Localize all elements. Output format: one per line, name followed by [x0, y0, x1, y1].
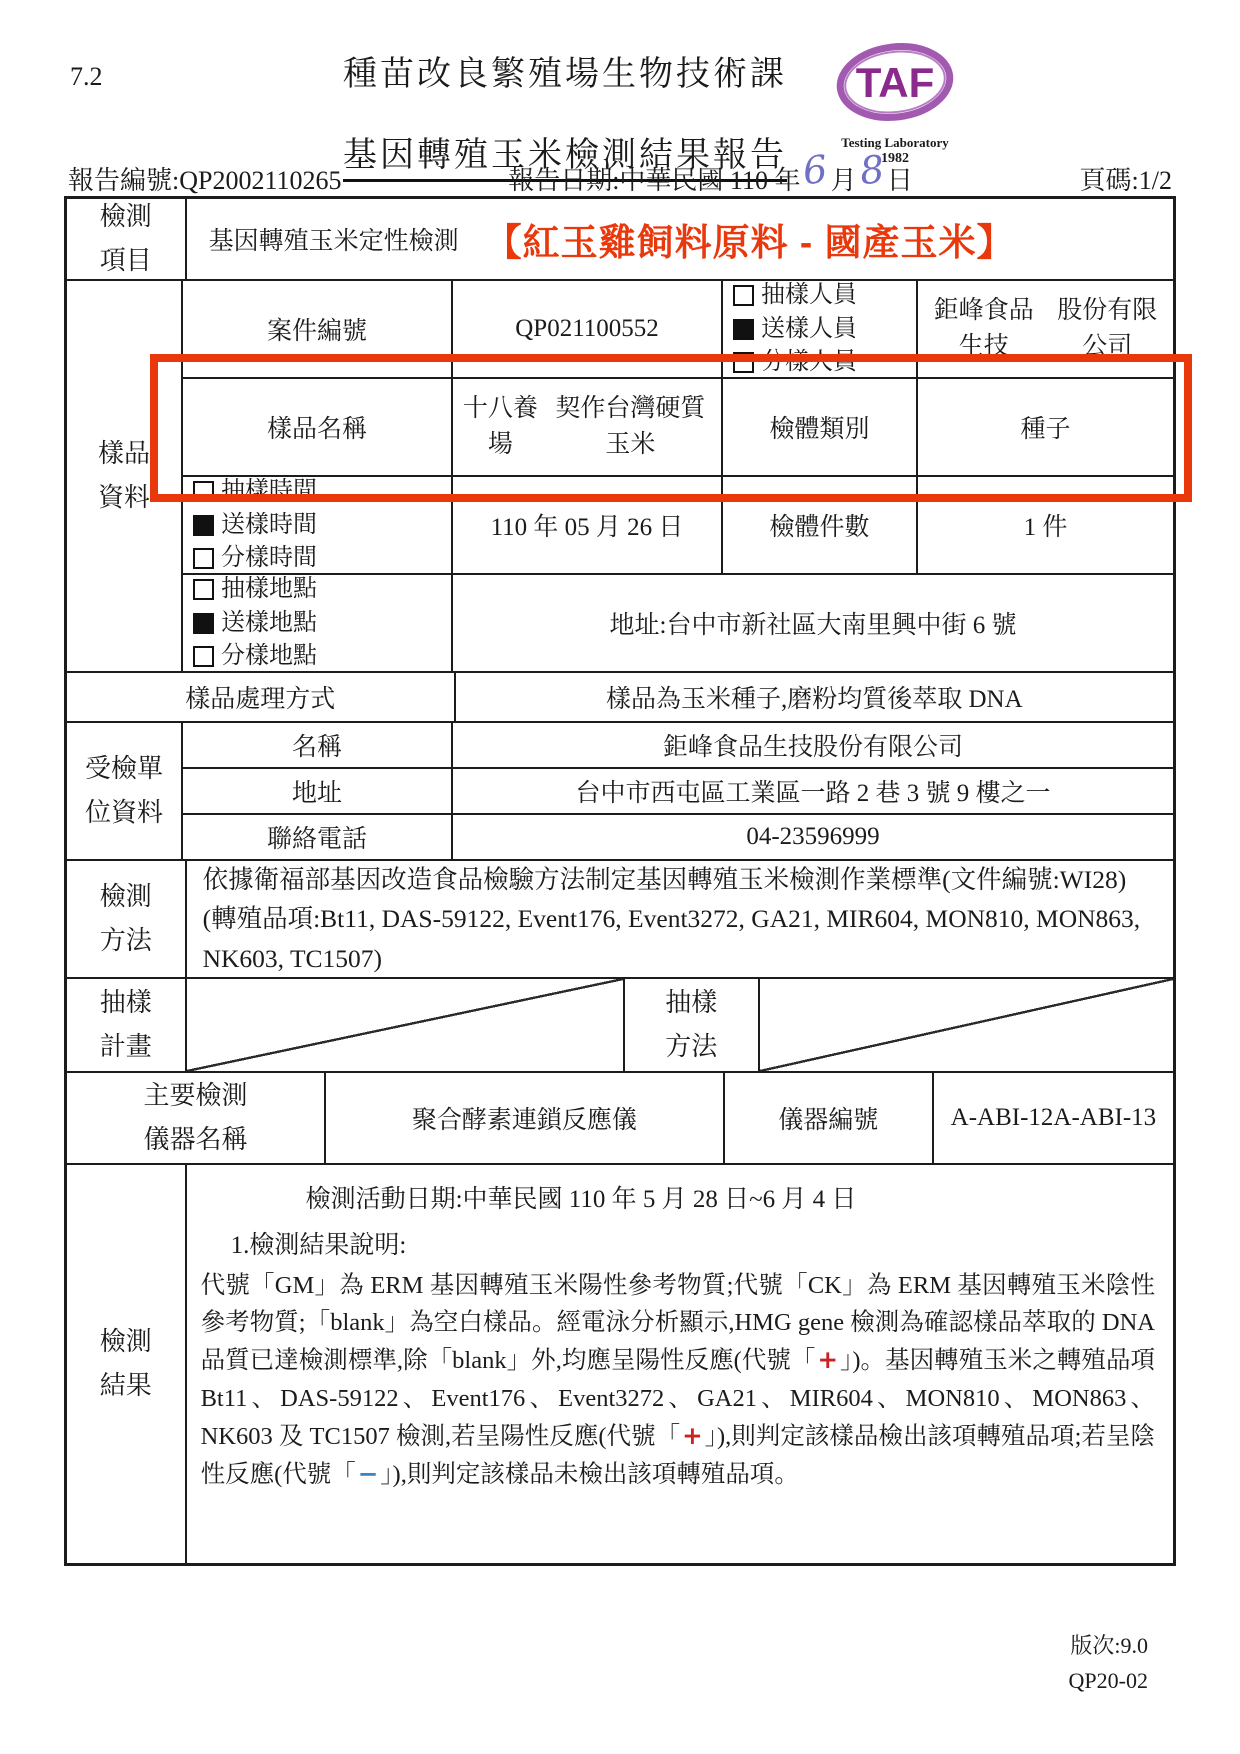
result-item-heading: 1.檢測結果說明:	[231, 1225, 407, 1261]
instrument-label: 主要檢測 儀器名稱	[67, 1073, 326, 1163]
table-row-sample-location: 抽樣地點 送樣地點 分樣地點 地址:台中市新社區大南里興中街 6 號	[183, 575, 1173, 671]
table-row-client-address: 地址 台中市西屯區工業區一路 2 巷 3 號 9 樓之一	[183, 769, 1173, 815]
table-row-sampling: 抽樣 計畫 抽樣 方法	[67, 979, 1173, 1073]
sampling-plan-label: 抽樣 計畫	[67, 979, 187, 1071]
handwritten-month-digit: 6	[804, 169, 828, 172]
positive-symbol: +	[815, 1345, 840, 1374]
result-label: 檢測 結果	[67, 1165, 187, 1563]
report-table: 檢測 項目 基因轉殖玉米定性檢測 【紅玉雞飼料原料 - 國產玉米】 樣品 資料 …	[64, 196, 1176, 1566]
table-row-case-no: 案件編號 QP021100552 抽樣人員 送樣人員	[183, 281, 1173, 379]
checkbox-checked-icon	[193, 613, 214, 634]
specimen-type-label: 檢體類別	[723, 379, 918, 475]
company-line1: 鉅峰食品生技	[922, 293, 1046, 366]
report-number: 報告編號:QP2002110265	[68, 160, 342, 197]
checkbox-option: 分樣時間	[193, 545, 317, 571]
sampling-method-empty-cell	[760, 979, 1173, 1071]
client-address-value: 台中市西屯區工業區一路 2 巷 3 號 9 樓之一	[453, 769, 1173, 813]
taf-subtitle: Testing Laboratory	[830, 135, 960, 151]
checkbox-option: 送樣地點	[193, 610, 317, 636]
sample-name-line1: 十八養場	[457, 391, 544, 464]
instrument-no-2: A-ABI-13	[1053, 1100, 1156, 1136]
footer-doc-code: QP20-02	[1069, 1663, 1148, 1698]
checkbox-option: 送樣人員	[733, 316, 857, 342]
page-footer: 版次:9.0 QP20-02	[1069, 1628, 1148, 1698]
sample-time-value: 110 年 05 月 26 日	[453, 477, 723, 573]
table-row-client-name: 名稱 鉅峰食品生技股份有限公司	[183, 723, 1173, 769]
month-char: 月	[831, 166, 857, 195]
checkbox-label: 送樣人員	[761, 316, 857, 342]
checkbox-icon	[193, 481, 214, 502]
test-item-value: 基因轉殖玉米定性檢測	[209, 221, 459, 257]
report-date-prefix: 報告日期:中華民國 110 年	[508, 166, 800, 195]
negative-symbol: −	[356, 1459, 381, 1488]
table-row-processing: 樣品處理方式 樣品為玉米種子,磨粉均質後萃取 DNA	[67, 673, 1173, 723]
checkbox-label: 抽樣地點	[221, 576, 317, 602]
checkbox-label: 送樣時間	[221, 512, 317, 538]
table-row-result: 檢測 結果 檢測活動日期:中華民國 110 年 5 月 28 日~6 月 4 日…	[67, 1165, 1173, 1563]
checkbox-option: 送樣時間	[193, 512, 317, 538]
footer-version: 版次:9.0	[1069, 1628, 1148, 1663]
personnel-checkbox-group: 抽樣人員 送樣人員 分樣人員	[723, 281, 918, 377]
checkbox-icon	[193, 646, 214, 667]
result-paragraph: 代號「GM」為 ERM 基因轉殖玉米陽性參考物質;代號「CK」為 ERM 基因轉…	[201, 1267, 1155, 1493]
result-seg4: 」),則判定該樣品未檢出該項轉殖品項。	[380, 1461, 799, 1488]
corner-number: 7.2	[70, 62, 103, 92]
checkbox-checked-icon	[193, 515, 214, 536]
checkbox-option: 抽樣地點	[193, 576, 317, 602]
table-row-instrument: 主要檢測 儀器名稱 聚合酵素連鎖反應儀 儀器編號 A-ABI-12A-ABI-1…	[67, 1073, 1173, 1165]
org-title: 種苗改良繁殖場生物技術課	[340, 46, 790, 95]
table-row-sample-name: 樣品名稱 十八養場契作台灣硬質玉米 檢體類別 種子	[183, 379, 1173, 477]
location-checkbox-group: 抽樣地點 送樣地點 分樣地點	[183, 575, 453, 671]
positive-symbol: +	[680, 1421, 705, 1450]
checkbox-option: 分樣人員	[733, 349, 857, 375]
table-row-method: 檢測 方法 依據衛福部基因改造食品檢驗方法制定基因轉殖玉米檢測作業標準(文件編號…	[67, 861, 1173, 979]
checkbox-option: 分樣地點	[193, 643, 317, 669]
client-group-label: 受檢單 位資料	[67, 723, 183, 859]
instrument-no-value: A-ABI-12A-ABI-13	[934, 1073, 1173, 1163]
checkbox-icon	[733, 285, 754, 306]
checkbox-label: 抽樣時間	[221, 478, 317, 504]
company-line2: 股份有限公司	[1046, 293, 1170, 366]
client-phone-label: 聯絡電話	[183, 815, 453, 859]
taf-logo: TAF Testing Laboratory 1982	[830, 40, 960, 167]
day-char: 日	[887, 166, 913, 195]
test-item-label: 檢測 項目	[67, 199, 187, 279]
sampling-method-label: 抽樣 方法	[625, 979, 760, 1071]
sample-name-value: 十八養場契作台灣硬質玉米	[453, 379, 723, 475]
client-name-label: 名稱	[183, 723, 453, 767]
page-number: 頁碼:1/2	[1080, 160, 1172, 197]
checkbox-label: 送樣地點	[221, 610, 317, 636]
specimen-count-value: 1 件	[918, 477, 1173, 573]
table-row-test-item: 檢測 項目 基因轉殖玉米定性檢測 【紅玉雞飼料原料 - 國產玉米】	[67, 199, 1173, 281]
specimen-type-value: 種子	[918, 379, 1173, 475]
report-page: 7.2 種苗改良繁殖場生物技術課 基因轉殖玉米檢測結果報告 TAF Testin…	[0, 0, 1240, 1754]
client-phone-value: 04-23596999	[453, 815, 1173, 859]
processing-value: 樣品為玉米種子,磨粉均質後萃取 DNA	[456, 673, 1173, 721]
taf-logo-icon: TAF	[830, 40, 960, 128]
instrument-value: 聚合酵素連鎖反應儀	[326, 1073, 725, 1163]
checkbox-option: 抽樣人員	[733, 282, 857, 308]
sampling-plan-empty-cell	[187, 979, 625, 1071]
client-group-stack: 名稱 鉅峰食品生技股份有限公司 地址 台中市西屯區工業區一路 2 巷 3 號 9…	[183, 723, 1173, 859]
checkbox-label: 分樣時間	[221, 545, 317, 571]
checkbox-label: 分樣人員	[761, 349, 857, 375]
sample-name-label: 樣品名稱	[183, 379, 453, 475]
report-date: 報告日期:中華民國 110 年6月8日	[508, 160, 913, 197]
table-row-sample-group: 樣品 資料 案件編號 QP021100552 抽樣人員 送樣人員	[67, 281, 1173, 673]
sample-name-line2: 契作台灣硬質玉米	[544, 391, 717, 464]
checkbox-label: 分樣地點	[221, 643, 317, 669]
checkbox-checked-icon	[733, 319, 754, 340]
checkbox-label: 抽樣人員	[761, 282, 857, 308]
processing-label: 樣品處理方式	[67, 673, 456, 721]
time-checkbox-group: 抽樣時間 送樣時間 分樣時間	[183, 477, 453, 573]
checkbox-icon	[733, 352, 754, 373]
report-info-row: 報告編號:QP2002110265 報告日期:中華民國 110 年6月8日 頁碼…	[68, 160, 1172, 197]
handwritten-day-digit: 8	[860, 169, 884, 172]
instrument-no-label: 儀器編號	[725, 1073, 934, 1163]
svg-text:TAF: TAF	[856, 59, 935, 106]
result-activity-date: 檢測活動日期:中華民國 110 年 5 月 28 日~6 月 4 日	[306, 1179, 857, 1215]
specimen-count-label: 檢體件數	[723, 477, 918, 573]
sample-group-stack: 案件編號 QP021100552 抽樣人員 送樣人員	[183, 281, 1173, 671]
table-row-client-group: 受檢單 位資料 名稱 鉅峰食品生技股份有限公司 地址 台中市西屯區工業區一路 2…	[67, 723, 1173, 861]
location-value: 地址:台中市新社區大南里興中街 6 號	[453, 575, 1173, 671]
checkbox-option: 抽樣時間	[193, 478, 317, 504]
client-name-value: 鉅峰食品生技股份有限公司	[453, 723, 1173, 767]
submitter-company: 鉅峰食品生技股份有限公司	[918, 281, 1173, 377]
method-label: 檢測 方法	[67, 861, 187, 977]
case-no-label: 案件編號	[183, 281, 453, 377]
test-item-value-cell: 基因轉殖玉米定性檢測 【紅玉雞飼料原料 - 國產玉米】	[187, 199, 1173, 279]
table-row-client-phone: 聯絡電話 04-23596999	[183, 815, 1173, 859]
case-no-value: QP021100552	[453, 281, 723, 377]
sample-group-label: 樣品 資料	[67, 281, 183, 671]
checkbox-icon	[193, 548, 214, 569]
checkbox-icon	[193, 579, 214, 600]
client-address-label: 地址	[183, 769, 453, 813]
method-value: 依據衛福部基因改造食品檢驗方法制定基因轉殖玉米檢測作業標準(文件編號:WI28)…	[187, 861, 1173, 977]
result-text-cell: 檢測活動日期:中華民國 110 年 5 月 28 日~6 月 4 日 1.檢測結…	[187, 1165, 1173, 1563]
red-annotation: 【紅玉雞飼料原料 - 國產玉米】	[485, 212, 1015, 266]
table-row-sample-time: 抽樣時間 送樣時間 分樣時間 110 年 05 月 26 日 檢體件數	[183, 477, 1173, 575]
instrument-no-1: A-ABI-12	[951, 1100, 1054, 1136]
